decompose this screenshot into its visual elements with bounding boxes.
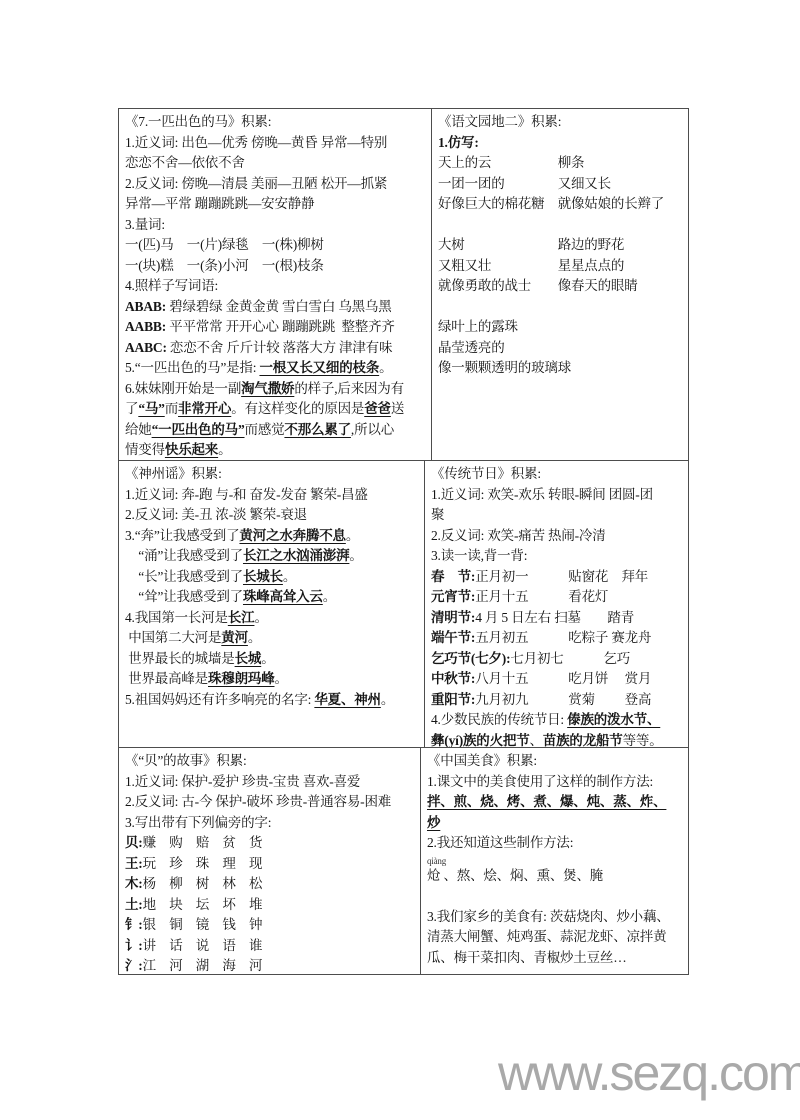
text-line: 4.我国第一长河是长江。 [125, 608, 421, 629]
cell-shell-story: 《“贝”的故事》积累:1.近义词: 保护-爱护 珍贵-宝贵 喜欢-喜爱2.反义词… [119, 748, 421, 974]
text-line: 大树 路边的野花 [438, 235, 685, 256]
text-line: 清蒸大闸蟹、炖鸡蛋、蒜泥龙虾、凉拌黄 [427, 927, 685, 948]
text-line: 土:地 块 坛 坏 堆 [125, 895, 417, 916]
text-line: 端午节:五月初五 吃粽子 赛龙舟 [431, 628, 685, 649]
text-line: 王:玩 珍 珠 理 现 [125, 854, 417, 875]
table-row: 《神州谣》积累:1.近义词: 奔-跑 与-和 奋发-发奋 繁荣-昌盛2.反义词:… [119, 461, 688, 748]
text-line: 异常—平常 蹦蹦跳跳—安安静静 [125, 194, 428, 215]
text-line: 了“马”而非常开心。有这样变化的原因是爸爸送 [125, 399, 428, 420]
text-line: 《传统节日》积累: [431, 464, 685, 485]
text-line: 瓜、梅干菜扣肉、青椒炒土豆丝… [427, 948, 685, 969]
text-line: “长”让我感受到了长城长。 [125, 567, 421, 588]
text-line: 5.“一匹出色的马”是指: 一根又长又细的枝条。 [125, 358, 428, 379]
cell-chinese-food: 《中国美食》积累:1.课文中的美食使用了这样的制作方法:拌、煎、烧、烤、煮、爆、… [421, 748, 688, 974]
cell-yuwen-garden-2: 《语文园地二》积累:1.仿写:天上的云 柳条一团一团的 又细又长好像巨大的棉花糖… [432, 109, 688, 460]
text-line: 炒 [427, 813, 685, 834]
text-line: “涌”让我感受到了长江之水汹涌澎湃。 [125, 546, 421, 567]
text-line: 3.“奔”让我感受到了黄河之水奔腾不息。 [125, 526, 421, 547]
text-line: 2.反义词: 欢笑-痛苦 热闹-冷清 [431, 526, 685, 547]
text-line: 好像巨大的棉花糖 就像姑娘的长辫了 [438, 194, 685, 215]
text-line: 一团一团的 又细又长 [438, 174, 685, 195]
text-line: 乞巧节(七夕):七月初七 乞巧 [431, 649, 685, 670]
text-line: 世界最长的城墙是长城。 [125, 649, 421, 670]
text-line: 1.近义词: 出色—优秀 傍晚—黄昏 异常—特别 [125, 133, 428, 154]
text-line: 讠:讲 话 说 语 谁 [125, 936, 417, 957]
text-line: 世界最高峰是珠穆朗玛峰。 [125, 669, 421, 690]
text-line: 1.近义词: 欢笑-欢乐 转眼-瞬间 团圆-团 [431, 485, 685, 506]
text-line: 中国第二大河是黄河。 [125, 628, 421, 649]
text-line: 3.量词: [125, 215, 428, 236]
text-line: 一(匹)马 一(片)绿毯 一(株)柳树 [125, 235, 428, 256]
text-line: 又粗又壮 星星点点的 [438, 256, 685, 277]
text-line: 木:杨 柳 树 林 松 [125, 874, 417, 895]
notes-table: 《7.一匹出色的马》积累:1.近义词: 出色—优秀 傍晚—黄昏 异常—特别恋恋不… [118, 108, 689, 975]
text-line: 一(块)糕 一(条)小河 一(根)枝条 [125, 256, 428, 277]
text-line: 春 节:正月初一 贴窗花 拜年 [431, 567, 685, 588]
text-line [438, 215, 685, 236]
text-line: 《语文园地二》积累: [438, 112, 685, 133]
text-line: 氵:江 河 湖 海 河 [125, 956, 417, 974]
text-line: 《中国美食》积累: [427, 751, 685, 772]
text-line: 2.反义词: 美-丑 浓-淡 繁荣-衰退 [125, 505, 421, 526]
text-line: AABC: 恋恋不舍 斤斤计较 落落大方 津津有味 [125, 338, 428, 359]
text-line: 《7.一匹出色的马》积累: [125, 112, 428, 133]
text-line: 彝(yí)族的火把节、苗族的龙船节等等。 [431, 731, 685, 748]
text-line: 元宵节:正月十五 看花灯 [431, 587, 685, 608]
cell-lesson7-horse: 《7.一匹出色的马》积累:1.近义词: 出色—优秀 傍晚—黄昏 异常—特别恋恋不… [119, 109, 432, 460]
text-line: 拌、煎、烧、烤、煮、爆、炖、蒸、炸、 [427, 792, 685, 813]
cell-shenzhou-ballad: 《神州谣》积累:1.近义词: 奔-跑 与-和 奋发-发奋 繁荣-昌盛2.反义词:… [119, 461, 425, 747]
text-line: 恋恋不舍—依依不舍 [125, 153, 428, 174]
text-line: 4.少数民族的传统节日: 傣族的泼水节、 [431, 710, 685, 731]
text-line: 炝 、熬、烩、焖、熏、煲、腌 [427, 866, 685, 887]
text-line: 清明节:4 月 5 日左右 扫墓 踏青 [431, 608, 685, 629]
text-line: 天上的云 柳条 [438, 153, 685, 174]
text-line: 情变得快乐起来。 [125, 440, 428, 460]
text-line: 5.祖国妈妈还有许多响亮的名字: 华夏、神州。 [125, 690, 421, 711]
text-line: 3.写出带有下列偏旁的字: [125, 813, 417, 834]
text-line: 中秋节:八月十五 吃月饼 赏月 [431, 669, 685, 690]
text-line: 3.读一读,背一背: [431, 546, 685, 567]
text-line: ABAB: 碧绿碧绿 金黄金黄 雪白雪白 乌黑乌黑 [125, 297, 428, 318]
text-line: 2.反义词: 傍晚—清晨 美丽—丑陋 松开—抓紧 [125, 174, 428, 195]
text-line [427, 886, 685, 907]
text-line: 钅:银 铜 镜 钱 钟 [125, 915, 417, 936]
text-line: 给她“一匹出色的马”而感觉不那么累了,所以心 [125, 420, 428, 441]
text-line: 聚 [431, 505, 685, 526]
text-line: AABB: 平平常常 开开心心 蹦蹦跳跳 整整齐齐 [125, 317, 428, 338]
text-line: 3.我们家乡的美食有: 茨菇烧肉、炒小藕、 [427, 907, 685, 928]
text-line: 《神州谣》积累: [125, 464, 421, 485]
text-line: 就像勇敢的战士 像春天的眼睛 [438, 276, 685, 297]
text-line: 1.近义词: 奔-跑 与-和 奋发-发奋 繁荣-昌盛 [125, 485, 421, 506]
text-line: 1.仿写: [438, 133, 685, 154]
text-line: 重阳节:九月初九 赏菊 登高 [431, 690, 685, 711]
text-line: 1.近义词: 保护-爱护 珍贵-宝贵 喜欢-喜爱 [125, 772, 417, 793]
table-row: 《“贝”的故事》积累:1.近义词: 保护-爱护 珍贵-宝贵 喜欢-喜爱2.反义词… [119, 748, 688, 974]
cell-traditional-festivals: 《传统节日》积累:1.近义词: 欢笑-欢乐 转眼-瞬间 团圆-团聚2.反义词: … [425, 461, 688, 747]
text-line: “耸”让我感受到了珠峰高耸入云。 [125, 587, 421, 608]
text-line: qiàng [427, 854, 685, 866]
text-line: 《“贝”的故事》积累: [125, 751, 417, 772]
table-row: 《7.一匹出色的马》积累:1.近义词: 出色—优秀 傍晚—黄昏 异常—特别恋恋不… [119, 109, 688, 461]
text-line: 6.妹妹刚开始是一副淘气撒娇的样子,后来因为有 [125, 379, 428, 400]
text-line: 2.我还知道这些制作方法: [427, 833, 685, 854]
text-line: 像一颗颗透明的玻璃球 [438, 358, 685, 379]
text-line [438, 297, 685, 318]
text-line: 1.课文中的美食使用了这样的制作方法: [427, 772, 685, 793]
watermark: www.sezq.com [498, 1044, 800, 1102]
text-line: 绿叶上的露珠 [438, 317, 685, 338]
text-line: 2.反义词: 古-今 保护-破坏 珍贵-普通容易-困难 [125, 792, 417, 813]
text-line: 贝:赚 购 赔 贫 货 [125, 833, 417, 854]
text-line: 4.照样子写词语: [125, 276, 428, 297]
text-line: 晶莹透亮的 [438, 338, 685, 359]
document-page: 《7.一匹出色的马》积累:1.近义词: 出色—优秀 傍晚—黄昏 异常—特别恋恋不… [0, 0, 800, 1120]
